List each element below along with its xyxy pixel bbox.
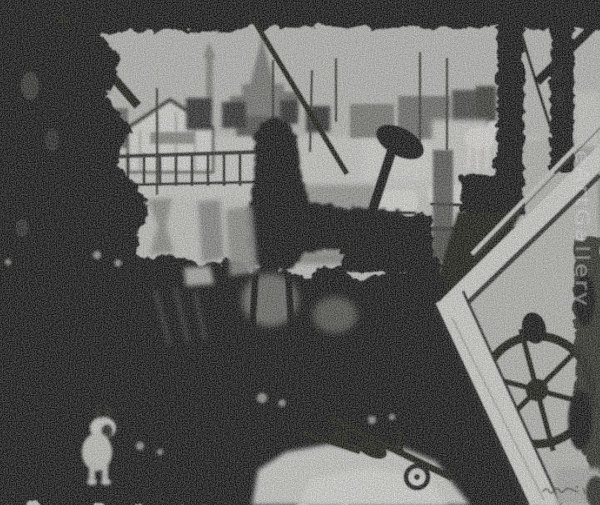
painting-canvas: eArtGallery	[0, 0, 600, 505]
grain-light-overlay	[0, 0, 600, 505]
painting-scan: eArtGallery	[0, 0, 600, 505]
